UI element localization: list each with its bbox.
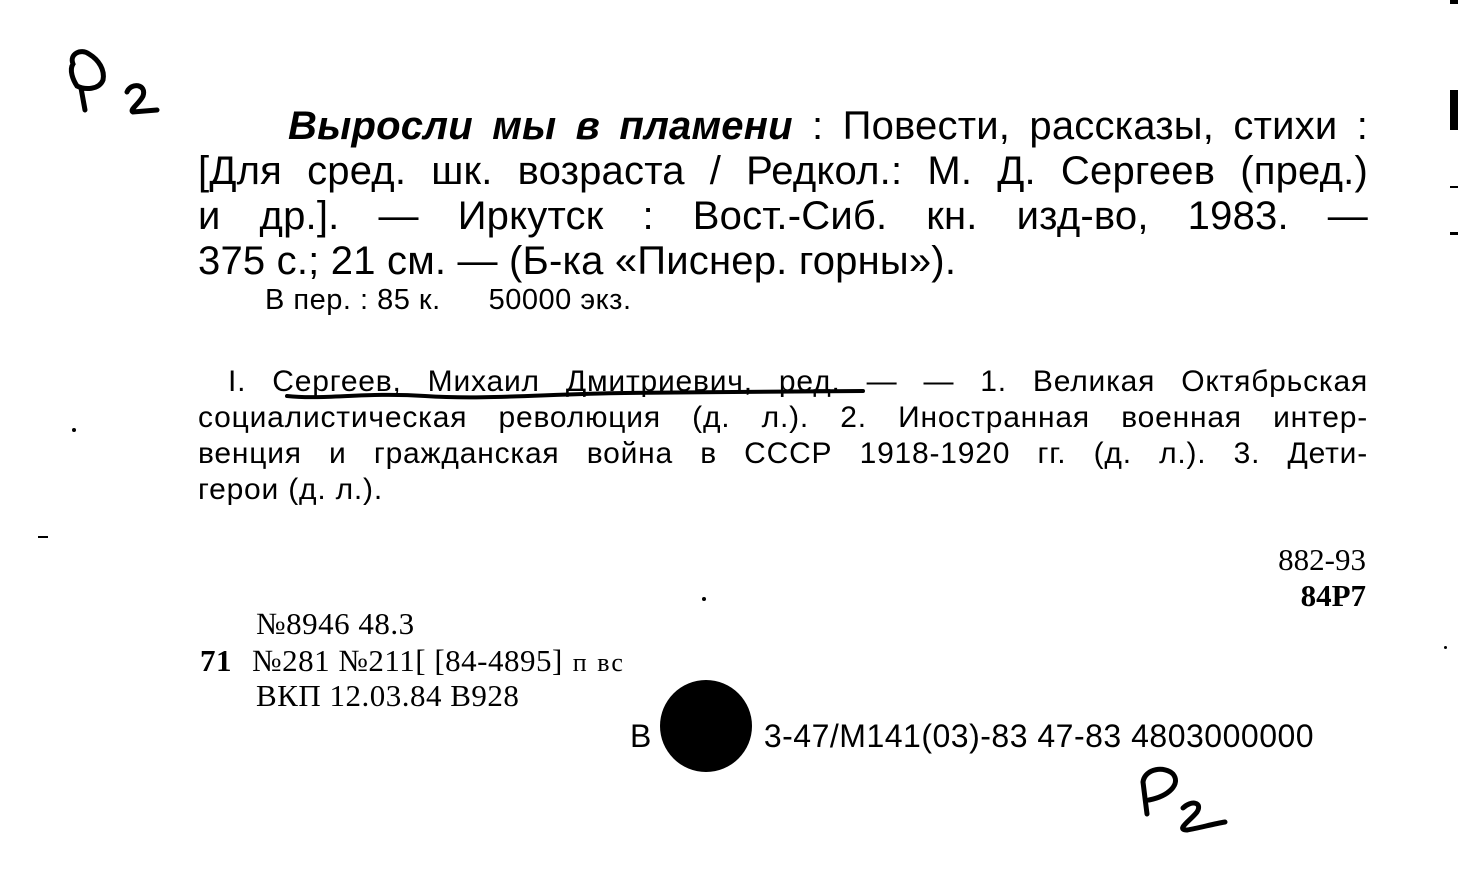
print-run: 50000 экз.	[489, 284, 632, 316]
handwritten-mark-bottom-right	[1135, 760, 1245, 840]
tracing-line-3: венция и гражданская война в СССР 1918-1…	[198, 436, 1368, 472]
description-line-3: и др.]. — Иркутск : Вост.-Сиб. кн. изд-в…	[198, 194, 1368, 239]
handwritten-mark-top-left	[55, 40, 175, 120]
description-line-1: Выросли мы в пламени : Повести, рассказы…	[198, 104, 1368, 149]
accession-line-2: 71№281 №211[ [84-4895]п вс	[200, 643, 625, 679]
price-line: В пер. : 85 к.50000 экз.	[265, 284, 632, 317]
scan-speck	[1444, 646, 1447, 649]
punched-hole	[660, 680, 752, 772]
scan-edge-mark	[1450, 0, 1458, 4]
scan-edge-mark	[1450, 90, 1458, 130]
book-title: Выросли мы в пламени	[288, 104, 793, 148]
bibliographic-description: Выросли мы в пламени : Повести, рассказы…	[198, 104, 1368, 284]
scan-edge-mark	[38, 536, 48, 538]
tracing-line-2: социалистическая революция (д. л.). 2. И…	[198, 400, 1368, 436]
scan-speck	[702, 597, 706, 601]
tracing-line-4: герои (д. л.).	[198, 472, 1368, 508]
handwritten-underline	[285, 388, 865, 402]
scan-edge-mark	[1450, 186, 1458, 188]
accession-line-1: №8946 48.3	[256, 606, 415, 642]
description-line-4: 375 с.; 21 см. — (Б-ка «Писнер. горны»).	[198, 239, 1368, 284]
description-line-2: [Для сред. шк. возраста / Редкол.: М. Д.…	[198, 149, 1368, 194]
tracings: I. Сергеев, Михаил Дмитриевич, ред. — — …	[198, 364, 1368, 508]
accession-line-3: ВКП 12.03.84 В928	[256, 678, 519, 714]
shelf-code: 84Р7	[1301, 578, 1366, 614]
catalog-card: Выросли мы в пламени : Повести, рассказы…	[0, 0, 1458, 880]
classification-code: 882-93	[1278, 542, 1366, 578]
scan-speck	[72, 428, 76, 432]
scan-edge-mark	[1450, 232, 1458, 235]
binding-price: В пер. : 85 к.	[265, 284, 441, 316]
